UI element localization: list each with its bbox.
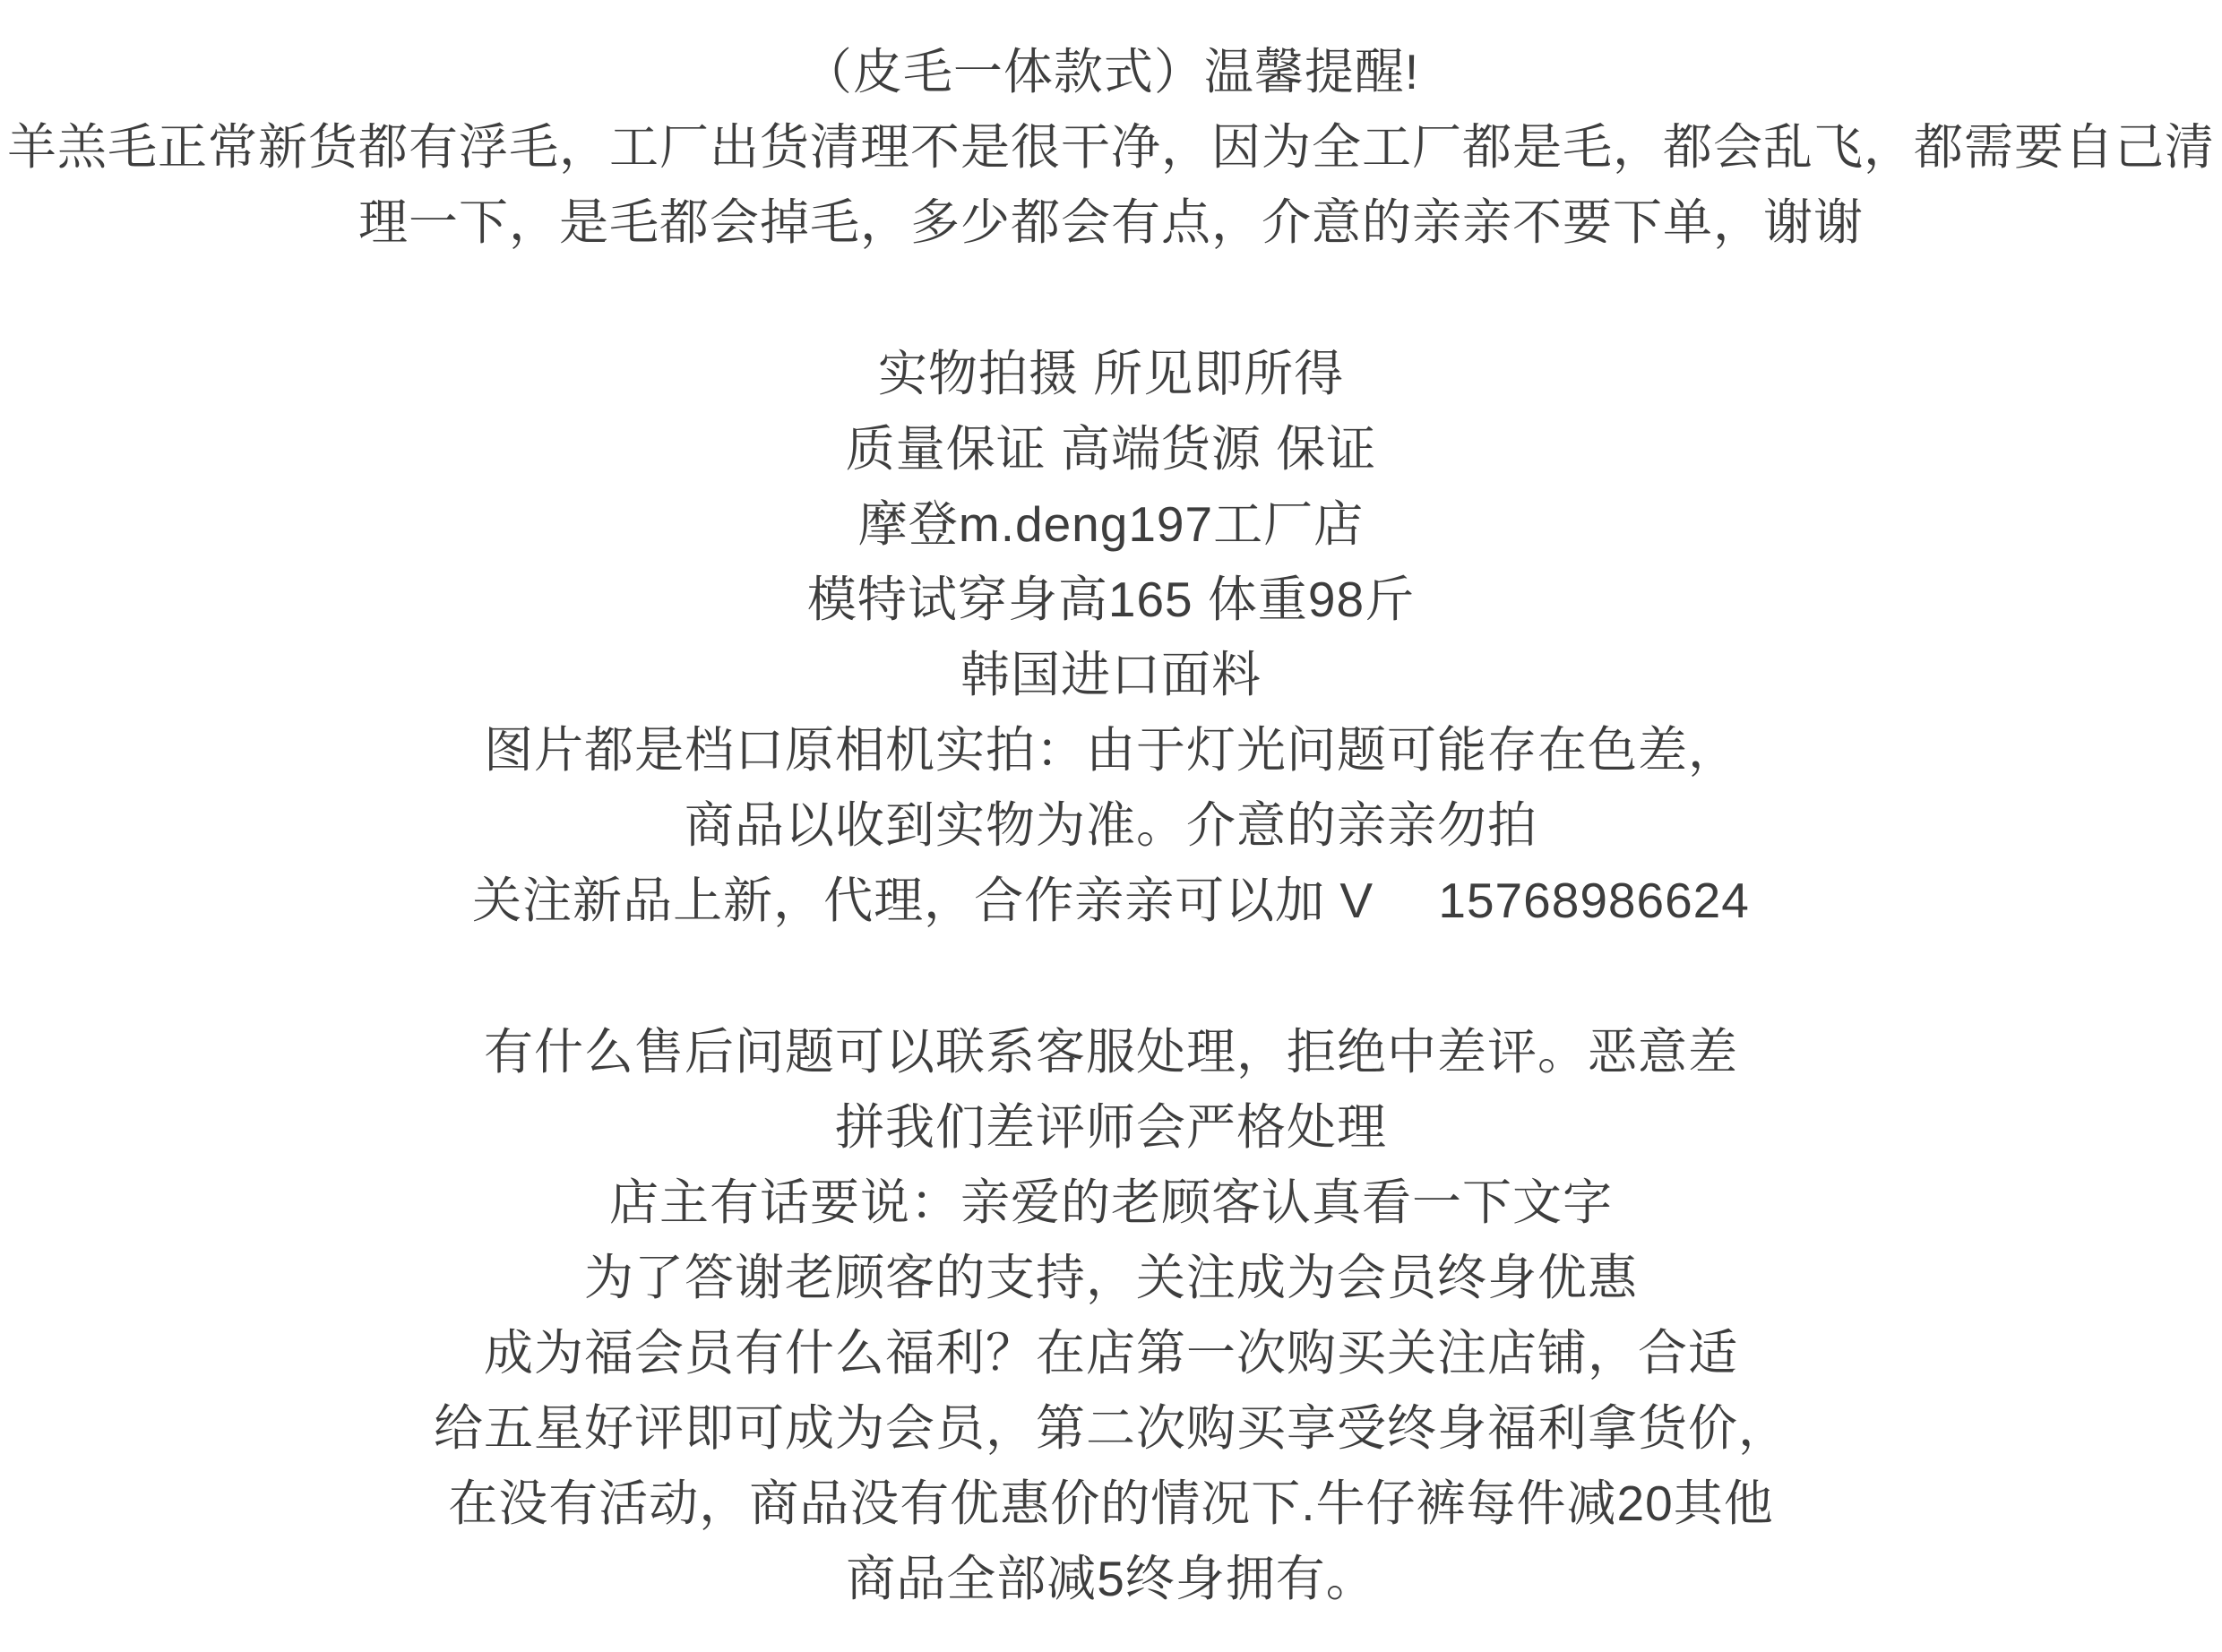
warning-title: （皮毛一体款式）温馨提醒! <box>0 34 2222 109</box>
text-line: 羊羔毛正常新货都有浮毛，工厂出货清理不是很干净，因为全工厂都是毛，都会乱飞，都需… <box>0 109 2222 185</box>
text-line: 有什么售后问题可以联系客服处理，拒绝中差评。恶意差 <box>0 1014 2222 1089</box>
text-line: 为了答谢老顾客的支持，关注成为会员终身优惠 <box>0 1240 2222 1315</box>
contact-line: 关注新品上新，代理，合作亲亲可以加 V 15768986624 <box>0 863 2222 938</box>
text-line: 店主有话要说：亲爱的老顾客认真看一下文字 <box>0 1165 2222 1240</box>
text-line: 商品以收到实物为准。介意的亲亲勿拍 <box>0 787 2222 863</box>
text-line: 韩国进口面料 <box>0 637 2222 712</box>
text-line: 成为福会员有什么福利？在店第一次购买关注店铺，合适 <box>0 1315 2222 1390</box>
shop-info-paragraph: 实物拍摄 所见即所得 质量保证 高端货源 保证 摩登m.deng197工厂店 模… <box>0 336 2222 938</box>
text-line: 质量保证 高端货源 保证 <box>0 411 2222 486</box>
text-line: 理一下，是毛都会掉毛，多少都会有点，介意的亲亲不要下单，谢谢 <box>0 185 2222 260</box>
text-line: 给五星好评即可成为会员，第二次购买享受终身福利拿货价， <box>0 1390 2222 1466</box>
model-size-line: 模特试穿身高165 体重98斤 <box>0 562 2222 637</box>
text-line: 拼我们差评师会严格处理 <box>0 1089 2222 1165</box>
text-line: 在没有活动，商品没有优惠价的情况下.牛仔裤每件减20其他 <box>0 1466 2222 1541</box>
text-line: 商品全部减5终身拥有。 <box>0 1541 2222 1616</box>
warning-paragraph: （皮毛一体款式）温馨提醒! 羊羔毛正常新货都有浮毛，工厂出货清理不是很干净，因为… <box>0 34 2222 260</box>
text-line: 实物拍摄 所见即所得 <box>0 336 2222 411</box>
text-line: 图片都是档口原相机实拍：由于灯光问题可能存在色差， <box>0 712 2222 787</box>
after-sales-paragraph: 有什么售后问题可以联系客服处理，拒绝中差评。恶意差 拼我们差评师会严格处理 店主… <box>0 1014 2222 1616</box>
product-description-page: （皮毛一体款式）温馨提醒! 羊羔毛正常新货都有浮毛，工厂出货清理不是很干净，因为… <box>0 0 2222 1652</box>
shop-name-line: 摩登m.deng197工厂店 <box>0 486 2222 562</box>
